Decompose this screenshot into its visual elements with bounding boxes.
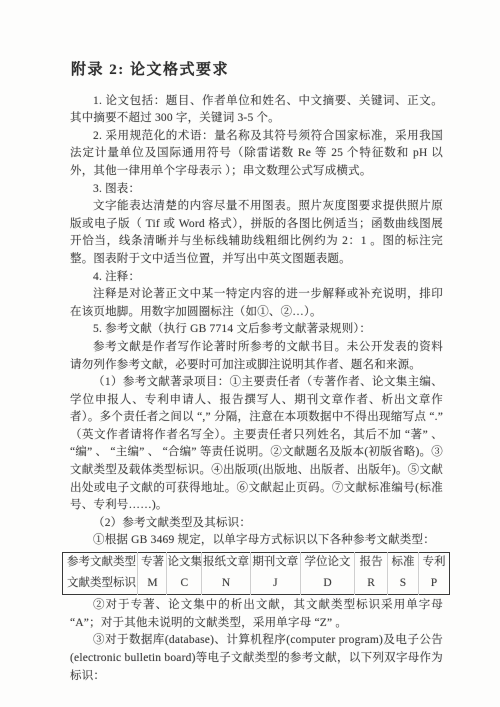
table-cell-code-r: R: [355, 574, 388, 595]
table-cell-code-p: P: [418, 574, 449, 595]
table-cell-code-c: C: [167, 574, 202, 595]
paragraph-thesis-contents: 1. 论文包括：题目、作者单位和姓名、中文摘要、关键词、正文。其中摘要不超过 3…: [70, 93, 443, 128]
table-cell-dissertation: 学位论文: [300, 553, 354, 574]
paragraph-reference-type-heading: （2）参考文献类型及其标识：: [70, 515, 443, 533]
paragraph-gb3469-rule: ①根据 GB 3469 规定，以单字母方式标识以下各种参考文献类型：: [70, 532, 443, 550]
table-cell-code-label: 文献类型标识: [63, 574, 138, 595]
table-cell-patent: 专利: [418, 553, 449, 574]
doc-title: 附录 2: 论文格式要求: [71, 62, 443, 80]
table-cell-code-d: D: [300, 574, 354, 595]
paragraph-heading-notes: 4. 注释：: [70, 269, 443, 287]
paragraph-references-body: 参考文献是作者写作论著时所参考的文献书目。未公开发表的资料请勿列作参考文献，必要…: [70, 339, 443, 374]
document-page: 附录 2: 论文格式要求 1. 论文包括：题目、作者单位和姓名、中文摘要、关键词…: [0, 0, 500, 707]
paragraph-single-letter-az: ②对于专著、论文集中的析出文献，其文献类型标识采用单字母 “A”；对于其他未说明…: [70, 597, 443, 632]
table-cell-report: 报告: [355, 553, 388, 574]
table-row-types: 参考文献类型 专著 论文集 报纸文章 期刊文章 学位论文 报告 标准 专利: [63, 553, 450, 574]
table-cell-code-j: J: [250, 574, 300, 595]
table-cell-standard: 标准: [388, 553, 419, 574]
table-cell-code-n: N: [202, 574, 250, 595]
paragraph-reference-items: （1）参考文献著录项目：①主要责任者（专著作者、论文集主编、学位申报人、专利申请…: [70, 374, 443, 515]
paragraph-figures-body: 文字能表达清楚的内容尽量不用图表。照片灰度图要求提供照片原版或电子版（ Tif …: [70, 198, 443, 268]
paragraph-electronic-types: ③对于数据库(database)、计算机程序(computer program)…: [70, 632, 443, 685]
table-cell-code-m: M: [138, 574, 167, 595]
table-cell-monograph: 专著: [138, 553, 167, 574]
table-row-codes: 文献类型标识 M C N J D R S P: [63, 574, 450, 595]
table-cell-journal: 期刊文章: [250, 553, 300, 574]
paragraph-heading-figures: 3. 图表：: [70, 181, 443, 199]
table-cell-newspaper: 报纸文章: [202, 553, 250, 574]
paragraph-notes-body: 注释是对论著正文中某一特定内容的进一步解释或补充说明，排印在该页地脚。用数字加圆…: [70, 286, 443, 321]
paragraph-heading-references: 5. 参考文献（执行 GB 7714 文后参考文献著录规则）：: [70, 321, 443, 339]
reference-type-table: 参考文献类型 专著 论文集 报纸文章 期刊文章 学位论文 报告 标准 专利 文献…: [62, 552, 450, 595]
paragraph-standard-terms: 2. 采用规范化的术语：量名称及其符号须符合国家标准，采用我国法定计量单位及国际…: [70, 128, 443, 181]
table-cell-code-s: S: [388, 574, 419, 595]
table-cell-type-label: 参考文献类型: [63, 553, 138, 574]
table-cell-proceedings: 论文集: [167, 553, 202, 574]
